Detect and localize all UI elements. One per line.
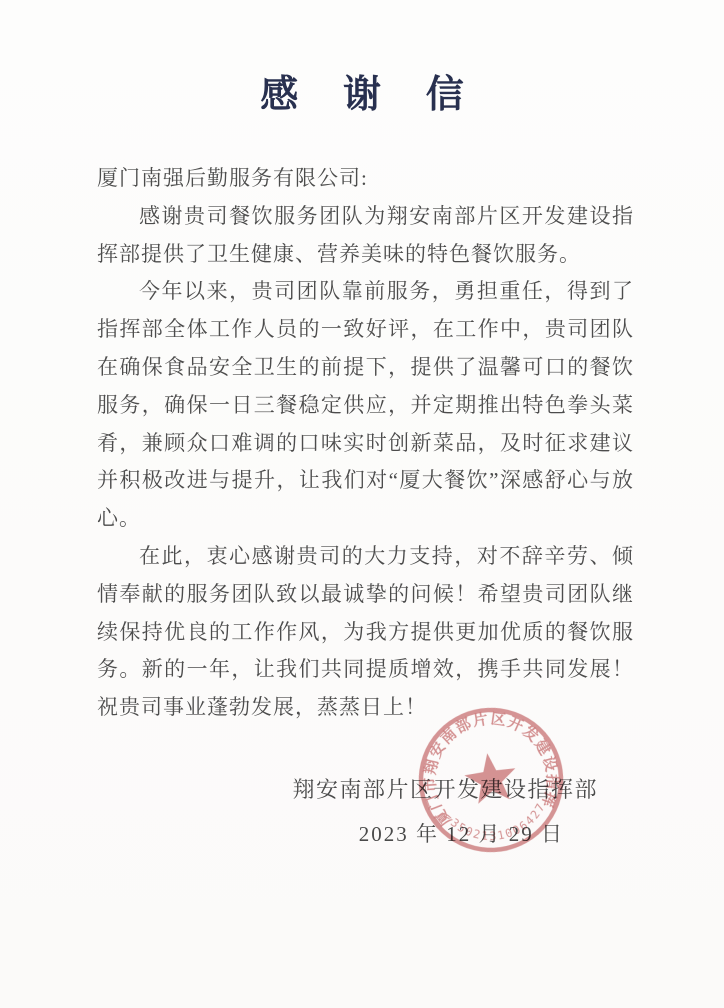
paragraph-2: 今年以来，贵司团队靠前服务，勇担重任，得到了指挥部全体工作人员的一致好评，在工作… [97,273,634,538]
signature-date: 2023 年 12 月 29 日 [0,817,724,851]
letter-title: 感 谢 信 [0,0,724,114]
letter-page: 感 谢 信 厦门南强后勤服务有限公司: 感谢贵司餐饮服务团队为翔安南部片区开发建… [0,0,724,1008]
paragraph-3: 在此，衷心感谢贵司的大力支持，对不辞辛劳、倾情奉献的服务团队致以最诚挚的问候！希… [97,538,634,727]
letter-body: 厦门南强后勤服务有限公司: 感谢贵司餐饮服务团队为翔安南部片区开发建设指挥部提供… [0,160,724,727]
signature-block: 翔安南部片区开发建设指挥部 2023 年 12 月 29 日 [0,773,724,851]
signature-organization: 翔安南部片区开发建设指挥部 [0,773,724,807]
paragraph-1: 感谢贵司餐饮服务团队为翔安南部片区开发建设指挥部提供了卫生健康、营养美味的特色餐… [97,198,634,274]
salutation: 厦门南强后勤服务有限公司: [97,160,634,198]
